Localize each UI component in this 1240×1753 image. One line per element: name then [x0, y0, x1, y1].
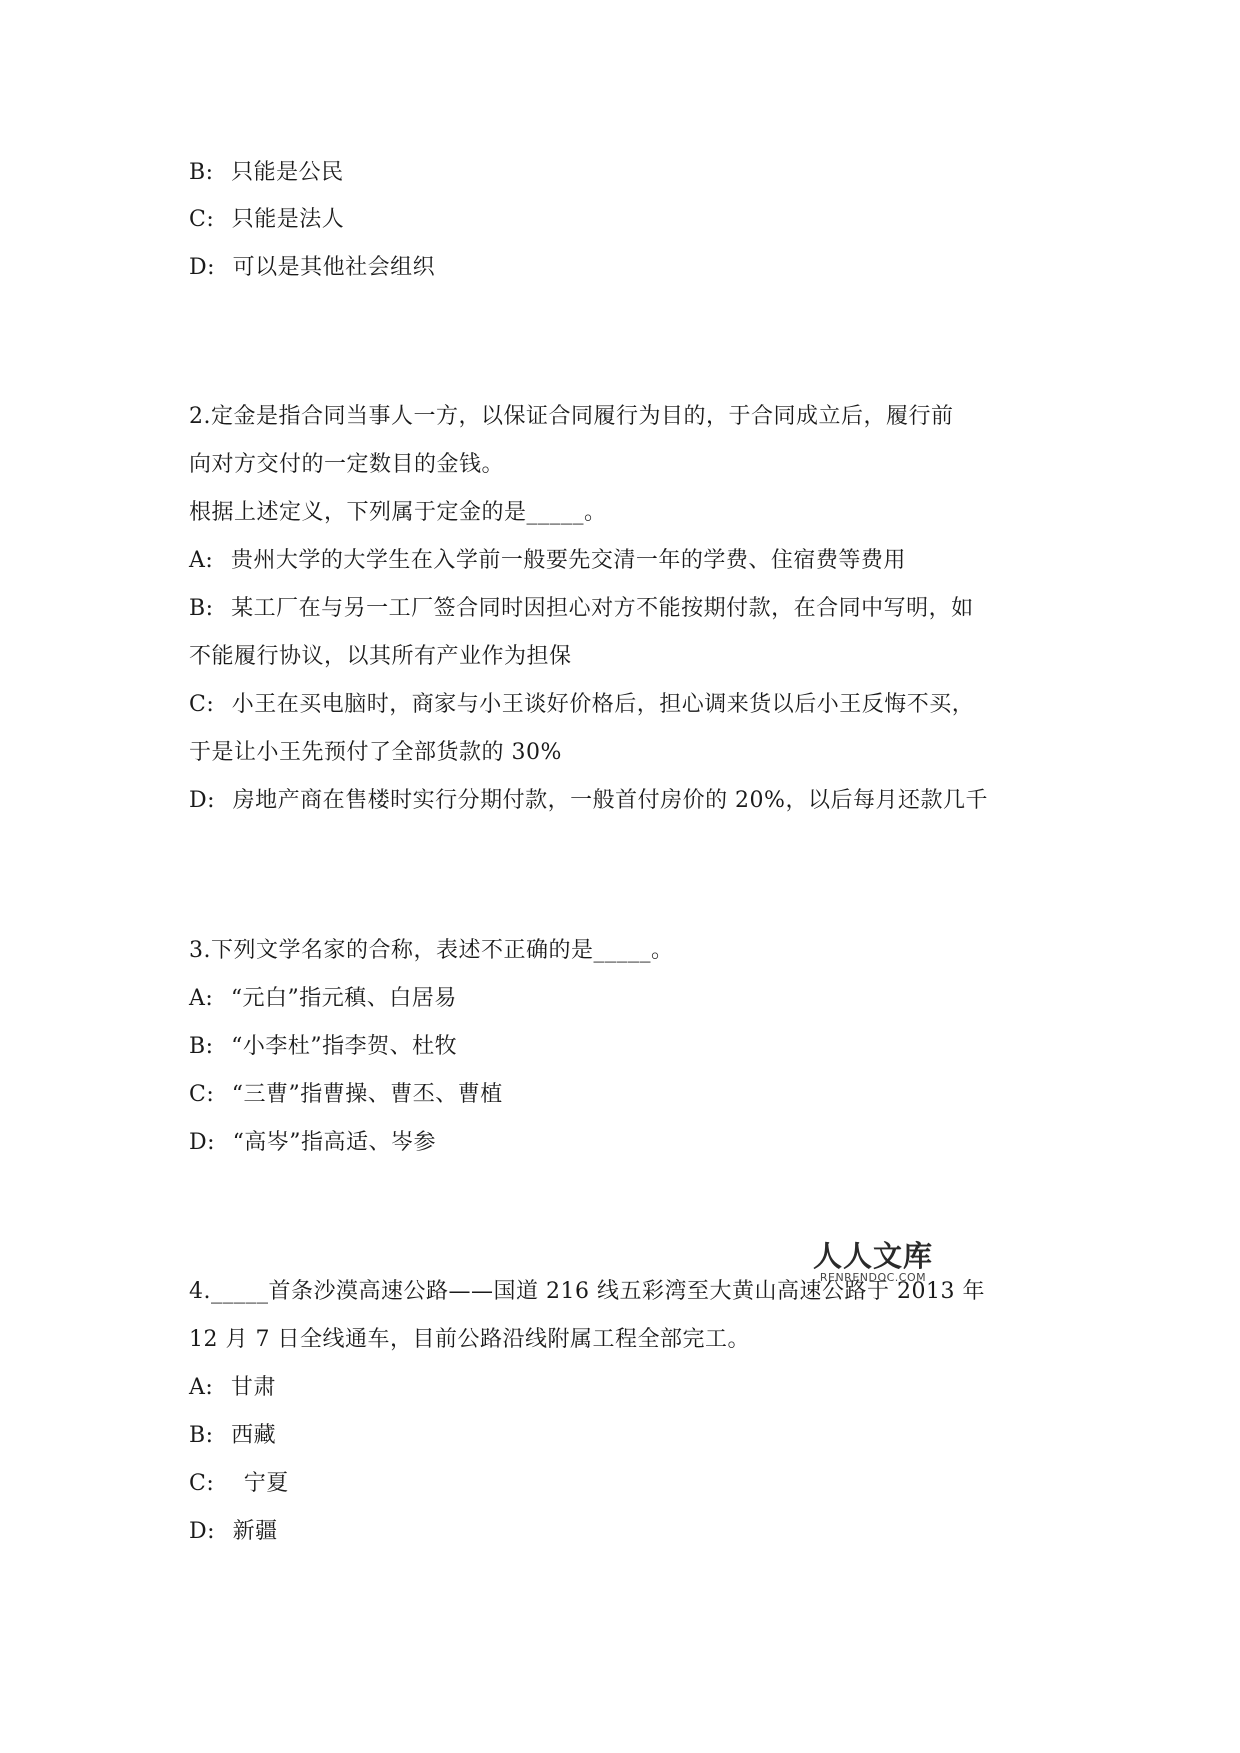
option-label: B: [189, 596, 214, 621]
option-label: A: [189, 986, 213, 1011]
q3-option-c: C: “三曹”指曹操、曹丕、曹植 [189, 1080, 503, 1110]
option-text: “元白”指元稹、白居易 [231, 986, 457, 1011]
q2-option-a: A: 贵州大学的大学生在入学前一般要先交清一年的学费、住宿费等费用 [189, 546, 906, 576]
q2-option-d: D: 房地产商在售楼时实行分期付款，一般首付房价的 20%，以后每月还款几千 [189, 786, 988, 816]
q4-option-d: D: 新疆 [189, 1517, 278, 1547]
watermark-url: RENRENDOC.COM [808, 1272, 938, 1284]
option-text: 甘肃 [231, 1375, 276, 1400]
option-text: 小王在买电脑时，商家与小王谈好价格后，担心调来货以后小王反悔不买， [232, 692, 975, 717]
q1-option-b: B: 只能是公民 [189, 158, 344, 188]
option-label: D: [189, 788, 215, 813]
q3-option-b: B: “小李杜”指李贺、杜牧 [189, 1032, 457, 1062]
option-text: “高岑”指高适、岑参 [233, 1130, 437, 1155]
option-label: B: [189, 1423, 214, 1448]
option-text: 房地产商在售楼时实行分期付款，一般首付房价的 20%，以后每月还款几千 [233, 788, 988, 813]
q2-option-b: B: 某工厂在与另一工厂签合同时因担心对方不能按期付款，在合同中写明，如 [189, 594, 974, 624]
option-label: B: [189, 1034, 214, 1059]
q2-option-b-continued: 不能履行协议，以其所有产业作为担保 [189, 642, 572, 672]
q1-option-c: C: 只能是法人 [189, 205, 344, 235]
option-label: D: [189, 1519, 215, 1544]
watermark-title: 人人文库 [808, 1240, 938, 1272]
q2-stem-line-1: 2.定金是指合同当事人一方，以保证合同履行为目的，于合同成立后，履行前 [189, 402, 954, 432]
option-label: C: [189, 207, 214, 232]
renrendoc-watermark: 人人文库 RENRENDOC.COM [808, 1240, 938, 1284]
q2-option-c: C: 小王在买电脑时，商家与小王谈好价格后，担心调来货以后小王反悔不买， [189, 690, 974, 720]
q2-option-c-continued: 于是让小王先预付了全部货款的 30% [189, 738, 562, 768]
option-text: 西藏 [231, 1423, 276, 1448]
q1-option-d: D: 可以是其他社会组织 [189, 253, 435, 283]
q3-stem: 3.下列文学名家的合称，表述不正确的是_____。 [189, 936, 674, 966]
option-label: C: [189, 692, 214, 717]
option-text: “小李杜”指李贺、杜牧 [231, 1034, 457, 1059]
q4-option-a: A: 甘肃 [189, 1373, 276, 1403]
option-text: 只能是法人 [232, 207, 345, 232]
option-label: D: [189, 1130, 215, 1155]
q4-option-b: B: 西藏 [189, 1421, 276, 1451]
option-label: B: [189, 160, 214, 185]
q2-stem-line-2: 向对方交付的一定数目的金钱。 [189, 450, 504, 480]
q4-option-c: C: 宁夏 [189, 1469, 289, 1499]
option-label: C: [189, 1082, 214, 1107]
option-text: 新疆 [233, 1519, 278, 1544]
document-page: B: 只能是公民 C: 只能是法人 D: 可以是其他社会组织 2.定金是指合同当… [0, 0, 1240, 1753]
q4-stem-line-2: 12 月 7 日全线通车，目前公路沿线附属工程全部完工。 [189, 1325, 750, 1355]
q3-option-a: A: “元白”指元稹、白居易 [189, 984, 457, 1014]
option-text: “三曹”指曹操、曹丕、曹植 [232, 1082, 503, 1107]
option-text: 贵州大学的大学生在入学前一般要先交清一年的学费、住宿费等费用 [231, 548, 906, 573]
option-label: A: [189, 548, 213, 573]
option-text: 可以是其他社会组织 [233, 255, 436, 280]
q3-option-d: D: “高岑”指高适、岑参 [189, 1128, 436, 1158]
option-label: C: [189, 1471, 214, 1496]
option-label: D: [189, 255, 215, 280]
q2-stem-line-3: 根据上述定义，下列属于定金的是_____。 [189, 498, 607, 528]
option-text: 只能是公民 [231, 160, 344, 185]
option-label: A: [189, 1375, 213, 1400]
option-text: 宁夏 [244, 1471, 289, 1496]
option-text: 某工厂在与另一工厂签合同时因担心对方不能按期付款，在合同中写明，如 [231, 596, 974, 621]
